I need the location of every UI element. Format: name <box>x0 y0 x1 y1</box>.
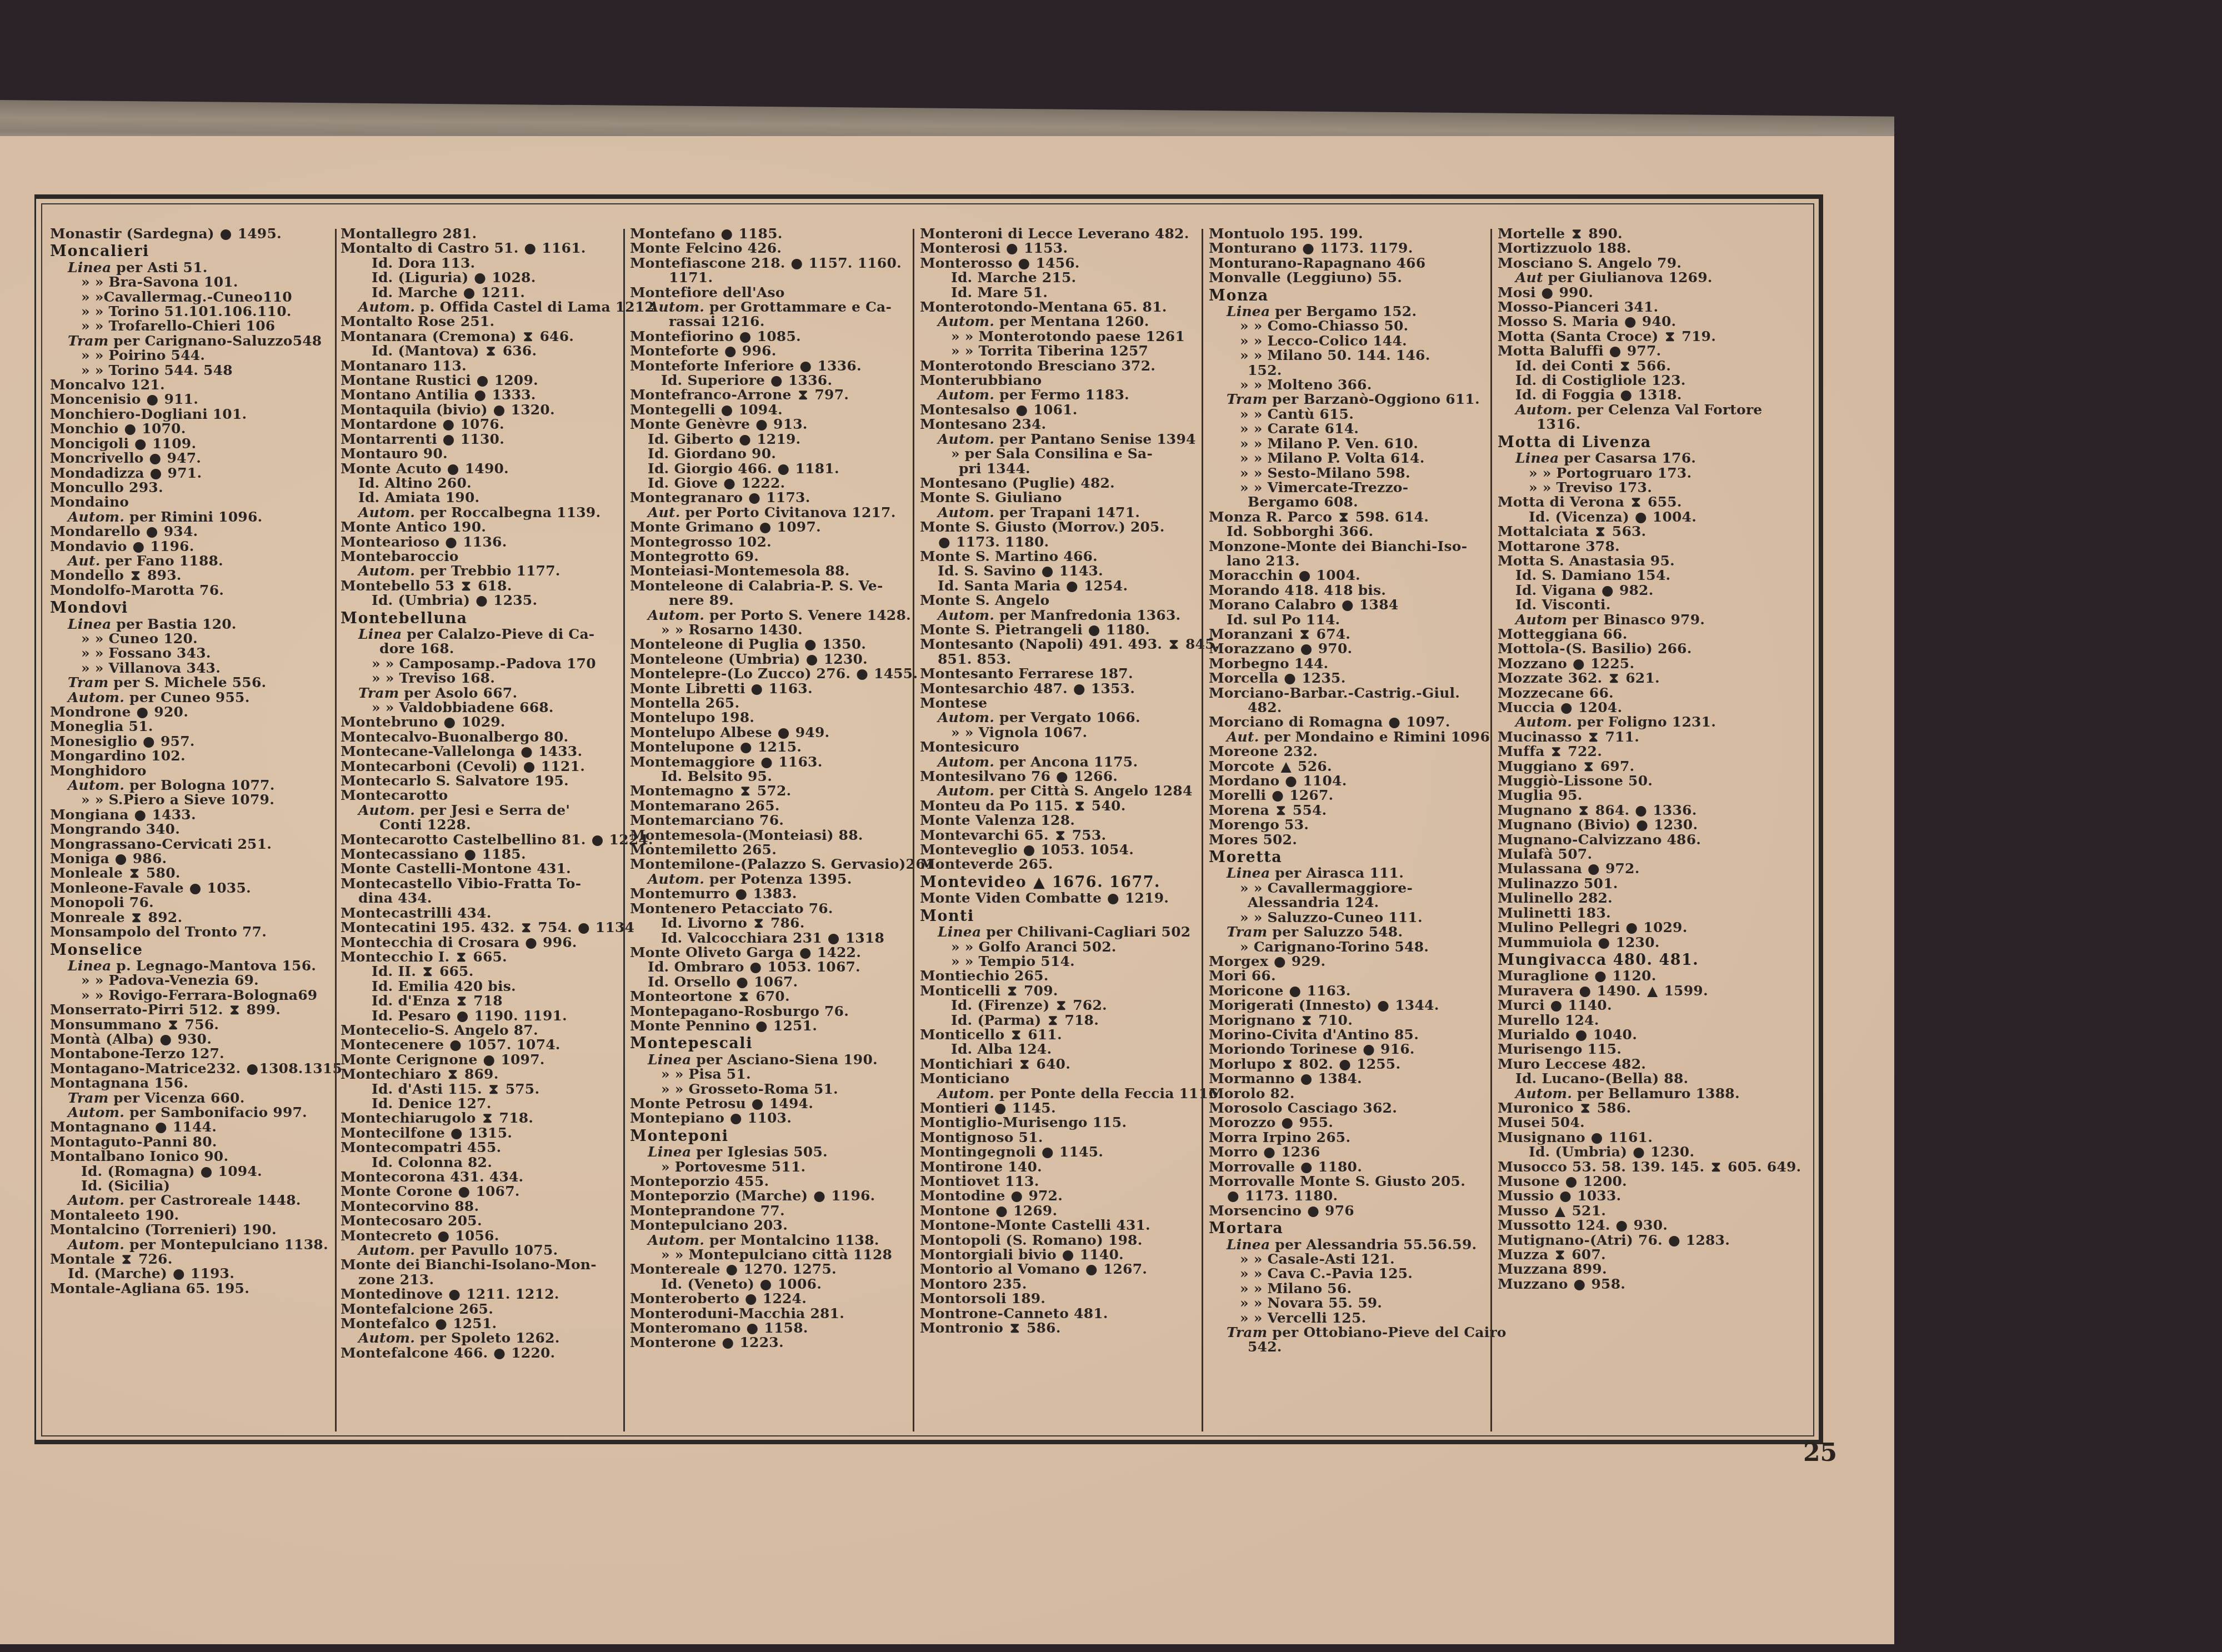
index-entry: Mongrassano-Cervicati 251. <box>50 837 328 852</box>
index-entry: Montemurro ● 1383. <box>630 887 908 901</box>
column-divider <box>623 229 625 1431</box>
index-entry: Linea per Iglesias 505. <box>630 1145 908 1159</box>
hourglass-rail-icon: ⧗ <box>454 950 468 964</box>
index-entry: Mosi ● 990. <box>1498 286 1775 300</box>
index-entry: Montauro 90. <box>341 447 618 461</box>
index-entry: Montardone ● 1076. <box>341 417 618 432</box>
auto-bus-circle-icon: ● <box>1601 583 1614 598</box>
auto-bus-circle-icon: ● <box>146 392 159 407</box>
auto-bus-circle-icon: ● <box>1550 998 1563 1013</box>
index-entry: Monte Antico 190. <box>341 520 618 534</box>
index-entry: Moncigoli ● 1109. <box>50 437 328 451</box>
auto-bus-circle-icon: ● <box>748 490 761 505</box>
index-entry: Id. Pesaro ● 1190. 1191. <box>341 1009 618 1023</box>
index-entry: Musei 504. <box>1498 1115 1775 1130</box>
index-entry: Autom. per Rimini 1096. <box>50 510 328 524</box>
transport-mode-label: Tram <box>358 685 399 701</box>
index-entry: Morgex ● 929. <box>1209 954 1487 969</box>
auto-bus-circle-icon: ● <box>1559 1189 1572 1203</box>
index-entry: Autom. per Mentana 1260. <box>920 314 1198 329</box>
index-entry: Montale ⧗ 726. <box>50 1252 328 1266</box>
transport-mode-label: Autom. <box>1515 402 1572 418</box>
auto-bus-circle-icon: ● <box>1624 314 1637 329</box>
index-entry: Montieri ● 1145. <box>920 1101 1198 1115</box>
index-entry: Autom. per Sambonifacio 997. <box>50 1105 328 1120</box>
index-column-4: Monteroni di Lecce Leverano 482.Monteros… <box>920 227 1198 1438</box>
index-entry: Linea per Casarsa 176. <box>1498 451 1775 465</box>
index-entry: » » Montepulciano città 1128 <box>630 1248 908 1262</box>
index-heading: Montevideo ▲ 1676. 1677. <box>920 875 1198 890</box>
index-entry: Mortizzuolo 188. <box>1498 241 1775 256</box>
hourglass-rail-icon: ⧗ <box>739 784 752 798</box>
auto-bus-circle-icon: ● <box>437 1229 450 1243</box>
index-entry: dina 434. <box>341 891 618 905</box>
ship-bell-icon: ▲ <box>1554 1204 1567 1218</box>
index-heading: Mortara <box>1209 1222 1487 1236</box>
auto-bus-circle-icon: ● <box>448 1287 461 1301</box>
auto-bus-circle-icon: ● <box>1023 843 1036 857</box>
auto-bus-circle-icon: ● <box>123 422 137 436</box>
auto-bus-circle-icon: ● <box>450 1126 463 1140</box>
hourglass-rail-icon: ⧗ <box>1018 1057 1031 1072</box>
hourglass-rail-icon: ⧗ <box>129 568 142 583</box>
index-entry: Monte Cerignone ● 1097. <box>341 1053 618 1067</box>
index-entry: Montaguto-Panni 80. <box>50 1135 328 1149</box>
index-entry: Mondrone ● 920. <box>50 705 328 719</box>
index-entry: Id. Sobborghi 366. <box>1209 524 1487 539</box>
index-entry: » » Vercelli 125. <box>1209 1311 1487 1325</box>
index-entry: Id. di Costigliole 123. <box>1498 373 1775 388</box>
index-entry: Alessandria 124. <box>1209 895 1487 910</box>
index-entry: Autom. per Roccalbegna 1139. <box>341 505 618 520</box>
index-entry: Moriondo Torinese ● 916. <box>1209 1042 1487 1057</box>
auto-bus-circle-icon: ● <box>755 1019 768 1033</box>
index-entry: Id. Giordano 90. <box>630 447 908 461</box>
hourglass-rail-icon: ⧗ <box>1629 495 1643 509</box>
column-divider <box>1490 229 1492 1431</box>
auto-bus-circle-icon: ● <box>1085 1262 1098 1276</box>
transport-mode-label: Linea <box>68 958 111 974</box>
auto-bus-circle-icon: ● <box>1073 682 1086 696</box>
index-entry: Morsencino ● 976 <box>1209 1204 1487 1218</box>
index-entry: Id. II. ⧗ 665. <box>341 964 618 979</box>
hourglass-rail-icon: ⧗ <box>446 1067 459 1082</box>
transport-mode-label: Autom. <box>1515 1085 1572 1102</box>
index-entry: Morolo 82. <box>1209 1087 1487 1101</box>
auto-bus-circle-icon: ● <box>1625 920 1638 935</box>
index-entry: Aut. per Mondaino e Rimini 1096 <box>1209 730 1487 744</box>
auto-bus-circle-icon: ● <box>1668 1233 1681 1248</box>
index-entry: Montanara (Cremona) ⧗ 646. <box>341 329 618 344</box>
index-entry: Muglia 95. <box>1498 788 1775 803</box>
auto-bus-circle-icon: ● <box>200 1164 213 1179</box>
transport-mode-label: Autom. <box>648 871 704 887</box>
index-entry: Monsampolo del Tronto 77. <box>50 925 328 939</box>
auto-bus-circle-icon: ● <box>476 373 489 388</box>
index-entry: Morozzo ● 955. <box>1209 1115 1487 1130</box>
index-entry: Montiechio 265. <box>920 969 1198 983</box>
index-entry: Mondello ⧗ 893. <box>50 568 328 583</box>
transport-mode-label: Linea <box>648 1052 691 1068</box>
index-entry: » » Sesto-Milano 598. <box>1209 466 1487 480</box>
index-entry: Monteporzio 455. <box>630 1174 908 1189</box>
index-entry: Montecchia di Crosara ● 996. <box>341 935 618 950</box>
index-entry: Montalto Rose 251. <box>341 314 618 329</box>
hourglass-rail-icon: ⧗ <box>1009 1028 1023 1042</box>
index-entry: Id. S. Savino ● 1143. <box>920 564 1198 578</box>
index-entry: Monteporzio (Marche) ● 1196. <box>630 1189 908 1203</box>
index-entry: Muccia ● 1204. <box>1498 700 1775 715</box>
index-entry: Monte Acuto ● 1490. <box>341 462 618 476</box>
index-entry: Monza R. Parco ⧗ 598. 614. <box>1209 510 1487 524</box>
index-entry: Linea per Chilivani-Cagliari 502 <box>920 925 1198 939</box>
auto-bus-circle-icon: ● <box>1300 1072 1313 1086</box>
auto-bus-circle-icon: ● <box>1302 241 1315 256</box>
auto-bus-circle-icon: ● <box>482 1053 496 1067</box>
auto-bus-circle-icon: ● <box>1300 1160 1313 1174</box>
auto-bus-circle-icon: ● <box>159 1032 173 1047</box>
auto-bus-circle-icon: ● <box>1005 241 1019 256</box>
index-entry: Autom. per Porto S. Venere 1428. <box>630 608 908 623</box>
hourglass-rail-icon: ⧗ <box>1618 359 1632 373</box>
index-heading: Moncalieri <box>50 244 328 259</box>
index-entry: Linea per Alessandria 55.56.59. <box>1209 1238 1487 1252</box>
index-heading: Mungivacca 480. 481. <box>1498 953 1775 968</box>
index-entry: Autom. per Montepulciano 1138. <box>50 1238 328 1252</box>
index-entry: Montorio al Vomano ● 1267. <box>920 1262 1198 1276</box>
index-entry: Monterotondo-Mentana 65. 81. <box>920 300 1198 314</box>
auto-bus-circle-icon: ● <box>1062 1248 1075 1262</box>
index-entry: Montefiascone 218. ● 1157. 1160. <box>630 256 908 271</box>
index-entry: » » Cava C.-Pavia 125. <box>1209 1266 1487 1281</box>
index-entry: Tram per Saluzzo 548. <box>1209 925 1487 939</box>
index-entry: rassai 1216. <box>630 314 908 329</box>
index-entry: Mussotto 124. ● 930. <box>1498 1218 1775 1233</box>
index-entry: Montaleeto 190. <box>50 1208 328 1223</box>
auto-bus-circle-icon: ● <box>735 887 748 901</box>
hourglass-rail-icon: ⧗ <box>167 1018 180 1032</box>
transport-mode-label: Autom <box>1515 612 1567 628</box>
index-entry: Id. Denice 127. <box>341 1097 618 1111</box>
index-entry: » » Cavallermaggiore- <box>1209 881 1487 895</box>
hourglass-rail-icon: ⧗ <box>737 989 750 1004</box>
index-entry: Montecastrilli 434. <box>341 906 618 920</box>
hourglass-rail-icon: ⧗ <box>1054 828 1067 843</box>
index-entry: Id. d'Enza ⧗ 718 <box>341 994 618 1008</box>
index-entry: Mosso S. Maria ● 940. <box>1498 314 1775 329</box>
index-entry: Montepulciano 203. <box>630 1218 908 1233</box>
index-entry: Monterosi ● 1153. <box>920 241 1198 256</box>
transport-mode-label: Linea <box>68 616 111 632</box>
auto-bus-circle-icon: ● <box>799 359 813 373</box>
index-entry: » » Milano 50. 144. 146. <box>1209 348 1487 363</box>
index-entry: » » S.Piero a Sieve 1079. <box>50 793 328 807</box>
index-entry: Id. (Marche) ● 1193. <box>50 1266 328 1281</box>
auto-bus-circle-icon: ● <box>136 705 149 719</box>
index-entry: Conti 1228. <box>341 818 618 832</box>
hourglass-rail-icon: ⧗ <box>481 1111 494 1125</box>
transport-mode-label: Autom. <box>938 313 994 329</box>
auto-bus-circle-icon: ● <box>799 945 812 960</box>
auto-bus-circle-icon: ● <box>790 256 804 271</box>
hourglass-rail-icon: ⧗ <box>522 329 535 344</box>
index-entry: Montiglio-Murisengo 115. <box>920 1115 1198 1130</box>
hourglass-rail-icon: ⧗ <box>1281 1057 1294 1072</box>
index-entry: Mottarone 378. <box>1498 539 1775 554</box>
ship-bell-icon: ▲ <box>1033 875 1046 890</box>
transport-mode-label: Linea <box>938 924 981 940</box>
index-column-6: Mortelle ⧗ 890.Mortizzuolo 188.Mosciano … <box>1498 227 1775 1438</box>
index-entry: Murisengo 115. <box>1498 1042 1775 1057</box>
index-entry: Mottola-(S. Basilio) 266. <box>1498 642 1775 656</box>
auto-bus-circle-icon: ● <box>146 524 159 539</box>
index-entry: Mondaino <box>50 495 328 509</box>
index-entry: zone 213. <box>341 1273 618 1287</box>
index-entry: Autom. per Castroreale 1448. <box>50 1193 328 1208</box>
index-entry: Tram per Ottobiano-Pieve del Cairo <box>1209 1325 1487 1340</box>
index-entry: Linea per Airasca 111. <box>1209 866 1487 880</box>
index-entry: Muzzana 899. <box>1498 1262 1775 1276</box>
transport-mode-label: Autom. <box>938 504 994 520</box>
auto-bus-circle-icon: ● <box>474 388 487 402</box>
index-entry: Montiovet 113. <box>920 1174 1198 1189</box>
hourglass-rail-icon: ⧗ <box>1047 1013 1060 1028</box>
index-entry: Id. (Umbria) ● 1230. <box>1498 1145 1775 1159</box>
auto-bus-circle-icon: ● <box>1565 1174 1578 1189</box>
index-entry: Montemarciano 76. <box>630 813 908 828</box>
hourglass-rail-icon: ⧗ <box>1300 1013 1313 1028</box>
index-entry: Montodine ● 972. <box>920 1189 1198 1203</box>
index-entry: Moranzani ⧗ 674. <box>1209 627 1487 642</box>
auto-bus-circle-icon: ● <box>1271 788 1284 803</box>
index-entry: » » Milano P. Volta 614. <box>1209 451 1487 465</box>
index-entry: ● 1173. 1180. <box>1209 1189 1487 1203</box>
auto-bus-circle-icon: ● <box>1300 642 1313 656</box>
index-entry: Muggiò-Lissone 50. <box>1498 774 1775 788</box>
index-entry: 1171. <box>630 271 908 285</box>
index-entry: Morengo 53. <box>1209 818 1487 832</box>
auto-bus-circle-icon: ● <box>1018 256 1031 271</box>
auto-bus-circle-icon: ● <box>434 1316 448 1331</box>
index-entry: Id. Marche 215. <box>920 271 1198 285</box>
index-entry: Montecarotto Castelbellino 81. ● 1224. <box>341 833 618 847</box>
index-entry: Monteromano ● 1158. <box>630 1321 908 1335</box>
index-entry: Monticello ⧗ 611. <box>920 1028 1198 1042</box>
index-entry: Montecane-Vallelonga ● 1433. <box>341 744 618 759</box>
index-entry: Monsummano ⧗ 756. <box>50 1018 328 1032</box>
index-entry: Montevarchi 65. ⧗ 753. <box>920 828 1198 843</box>
index-entry: Monteprandone 77. <box>630 1204 908 1218</box>
auto-bus-circle-icon: ● <box>720 403 734 417</box>
index-entry: Montepagano-Rosburgo 76. <box>630 1004 908 1019</box>
auto-bus-circle-icon: ● <box>1263 1145 1276 1159</box>
transport-mode-label: Autom. <box>648 299 704 315</box>
index-entry: Mori 66. <box>1209 969 1487 983</box>
index-entry: Morlupo ⧗ 802. ● 1255. <box>1209 1057 1487 1072</box>
index-entry: Id. Valcocchiara 231 ● 1318 <box>630 931 908 945</box>
index-entry: Morciano-Barbar.-Castrig.-Giul. <box>1209 686 1487 700</box>
auto-bus-circle-icon: ● <box>994 1101 1007 1115</box>
index-entry: Montane Rustici ● 1209. <box>341 373 618 388</box>
transport-mode-label: Tram <box>1227 1324 1267 1340</box>
index-entry: Montemiletto 265. <box>630 843 908 857</box>
index-entry: Tram per Carignano-Saluzzo548 <box>50 334 328 348</box>
index-entry: Monteforte Inferiore ● 1336. <box>630 359 908 373</box>
hourglass-rail-icon: ⧗ <box>1073 799 1087 813</box>
index-entry: Id. Giberto ● 1219. <box>630 432 908 447</box>
auto-bus-circle-icon: ● <box>1088 623 1101 637</box>
transport-mode-label: Autom. <box>938 754 994 770</box>
index-entry: Monte S. Martino 466. <box>920 549 1198 564</box>
index-entry: Montefiore dell'Aso <box>630 286 908 300</box>
index-entry: Montesanto (Napoli) 491. 493. ⧗ 845. <box>920 637 1198 652</box>
index-entry: Mugnano-Calvizzano 486. <box>1498 833 1775 847</box>
index-entry: Monte Genèvre ● 913. <box>630 417 908 432</box>
auto-bus-circle-icon: ● <box>1281 1115 1294 1130</box>
auto-bus-circle-icon: ● <box>1619 388 1633 402</box>
auto-bus-circle-icon: ● <box>1609 344 1622 358</box>
index-entry: » » Molteno 366. <box>1209 378 1487 392</box>
index-entry: Id. d'Asti 115. ⧗ 575. <box>341 1082 618 1097</box>
hourglass-rail-icon: ⧗ <box>1663 329 1676 344</box>
transport-mode-label: Linea <box>648 1144 691 1160</box>
index-entry: 851. 853. <box>920 652 1198 667</box>
index-entry: Id. (Firenze) ⧗ 762. <box>920 998 1198 1013</box>
index-entry: Id. Amiata 190. <box>341 490 618 505</box>
index-entry: Morazzano ● 970. <box>1209 642 1487 656</box>
index-entry: Autom. per Pantano Senise 1394 <box>920 432 1198 447</box>
index-entry: Morigerati (Innesto) ● 1344. <box>1209 998 1487 1013</box>
index-entry: Id. Alba 124. <box>920 1042 1198 1057</box>
auto-bus-circle-icon: ● <box>1284 774 1298 788</box>
index-entry: Autom. p. Offida Castel di Lama 1212 <box>341 300 618 314</box>
index-entry: Montecelio-S. Angelo 87. <box>341 1023 618 1038</box>
auto-bus-circle-icon: ● <box>458 1184 471 1199</box>
index-entry: Autom. per Cuneo 955. <box>50 690 328 705</box>
index-entry: » » Portogruaro 173. <box>1498 466 1775 480</box>
index-entry: Montereale ● 1270. 1275. <box>630 1262 908 1276</box>
index-entry: Mondadizza ● 971. <box>50 466 328 480</box>
index-entry: Montesalso ● 1061. <box>920 403 1198 417</box>
hourglass-rail-icon: ⧗ <box>797 388 810 402</box>
index-entry: Aut per Giulianova 1269. <box>1498 271 1775 285</box>
hourglass-rail-icon: ⧗ <box>1594 524 1607 539</box>
index-entry: Monserrato-Pirri 512. ⧗ 899. <box>50 1003 328 1017</box>
index-entry: Montegranaro ● 1173. <box>630 490 908 505</box>
index-entry: » » Golfo Aranci 502. <box>920 940 1198 954</box>
index-entry: Montano Antilia ● 1333. <box>341 388 618 402</box>
index-heading: Montebelluna <box>341 612 618 626</box>
index-entry: Id. (Vicenza) ● 1004. <box>1498 510 1775 524</box>
auto-bus-circle-icon: ● <box>750 682 764 696</box>
index-entry: » » Carate 614. <box>1209 422 1487 436</box>
index-entry: Morena ⧗ 554. <box>1209 803 1487 818</box>
hourglass-rail-icon: ⧗ <box>1298 627 1312 642</box>
index-entry: Montemarano 265. <box>630 799 908 813</box>
auto-bus-circle-icon: ● <box>443 715 457 729</box>
index-entry: Monteortone ⧗ 670. <box>630 989 908 1004</box>
hourglass-rail-icon: ⧗ <box>120 1252 133 1266</box>
index-entry: Muraglione ● 1120. <box>1498 969 1775 983</box>
index-entry: Montemilone-(Palazzo S. Gervasio)261 <box>630 857 908 872</box>
transport-mode-label: Linea <box>1227 1237 1270 1253</box>
page-number: 25 <box>1803 1439 1837 1467</box>
index-entry: Mondarello ● 934. <box>50 524 328 539</box>
auto-bus-circle-icon: ● <box>149 466 163 480</box>
auto-bus-circle-icon: ● <box>1541 286 1554 300</box>
index-entry: Id. Belsito 95. <box>630 769 908 784</box>
index-entry: Montignoso 51. <box>920 1130 1198 1145</box>
transport-mode-label: Linea <box>1227 303 1270 319</box>
index-entry: Moreone 232. <box>1209 744 1487 759</box>
index-entry: Id. Vigana ● 982. <box>1498 583 1775 598</box>
auto-bus-circle-icon: ● <box>1590 1130 1604 1145</box>
auto-bus-circle-icon: ● <box>520 744 533 759</box>
index-entry: Monte Castelli-Montone 431. <box>341 862 618 876</box>
auto-bus-circle-icon: ● <box>739 329 752 344</box>
hourglass-rail-icon: ⧗ <box>459 579 473 593</box>
index-entry: Monteverde 265. <box>920 857 1198 872</box>
hourglass-rail-icon: ⧗ <box>1587 730 1600 744</box>
index-entry: Montebaroccio <box>341 549 618 564</box>
index-entry: Motta di Verona ⧗ 655. <box>1498 495 1775 509</box>
hourglass-rail-icon: ⧗ <box>1005 984 1019 998</box>
index-entry: Montelepre-(Lo Zucco) 276. ● 1455. <box>630 667 908 681</box>
index-entry: Montecreto ● 1056. <box>341 1229 618 1243</box>
hourglass-rail-icon: ⧗ <box>1337 510 1350 524</box>
auto-bus-circle-icon: ● <box>463 286 476 300</box>
index-entry: Autom. per Spoleto 1262. <box>341 1331 618 1345</box>
index-entry: » »Cavallermag.-Cuneo110 <box>50 290 328 304</box>
index-entry: Montuolo 195. 199. <box>1209 227 1487 241</box>
index-entry: Monte S. Pietrangeli ● 1180. <box>920 623 1198 637</box>
index-entry: Montone-Monte Castelli 431. <box>920 1218 1198 1233</box>
index-entry: Montese <box>920 696 1198 710</box>
index-column-1: Monastir (Sardegna) ● 1495.MoncalieriLin… <box>50 227 328 1438</box>
auto-bus-circle-icon: ● <box>114 852 128 866</box>
index-entry: Montefalcione 265. <box>341 1302 618 1316</box>
auto-bus-circle-icon: ● <box>444 535 458 549</box>
index-entry: Montirone 140. <box>920 1160 1198 1174</box>
index-entry: Montingegnoli ● 1145. <box>920 1145 1198 1159</box>
index-entry: Montepiano ● 1103. <box>630 1111 908 1125</box>
index-entry: Mozzano ● 1225. <box>1498 657 1775 671</box>
auto-bus-circle-icon: ● <box>755 417 768 432</box>
auto-bus-circle-icon: ● <box>749 960 763 974</box>
index-entry: Monteiasi-Montemesola 88. <box>630 564 908 578</box>
index-entry: Montegelli ● 1094. <box>630 403 908 417</box>
index-heading: Monti <box>920 909 1198 924</box>
auto-bus-circle-icon: ● <box>1377 998 1390 1013</box>
index-entry: » » Milano P. Ven. 610. <box>1209 437 1487 451</box>
transport-mode-label: Autom. <box>648 1232 704 1248</box>
index-entry: » » Tempio 514. <box>920 954 1198 969</box>
transport-mode-label: Aut. <box>68 553 101 569</box>
auto-bus-circle-icon: ● <box>813 1189 826 1203</box>
index-entry: » » Casale-Asti 121. <box>1209 1252 1487 1266</box>
index-entry: Linea p. Legnago-Mantova 156. <box>50 959 328 973</box>
index-entry: Monte S. Angelo <box>920 593 1198 608</box>
index-entry: Monturano ● 1173. 1179. <box>1209 241 1487 256</box>
index-entry: Musocco 53. 58. 139. 145. ⧗ 605. 649. <box>1498 1160 1775 1174</box>
hourglass-rail-icon: ⧗ <box>228 1003 241 1017</box>
auto-bus-circle-icon: ● <box>464 847 477 862</box>
index-entry: Murello 124. <box>1498 1013 1775 1028</box>
transport-mode-label: Autom. <box>358 1242 415 1258</box>
index-entry: Montefalco ● 1251. <box>341 1316 618 1331</box>
index-heading: Motta di Livenza <box>1498 435 1775 450</box>
index-entry: dore 168. <box>341 642 618 656</box>
